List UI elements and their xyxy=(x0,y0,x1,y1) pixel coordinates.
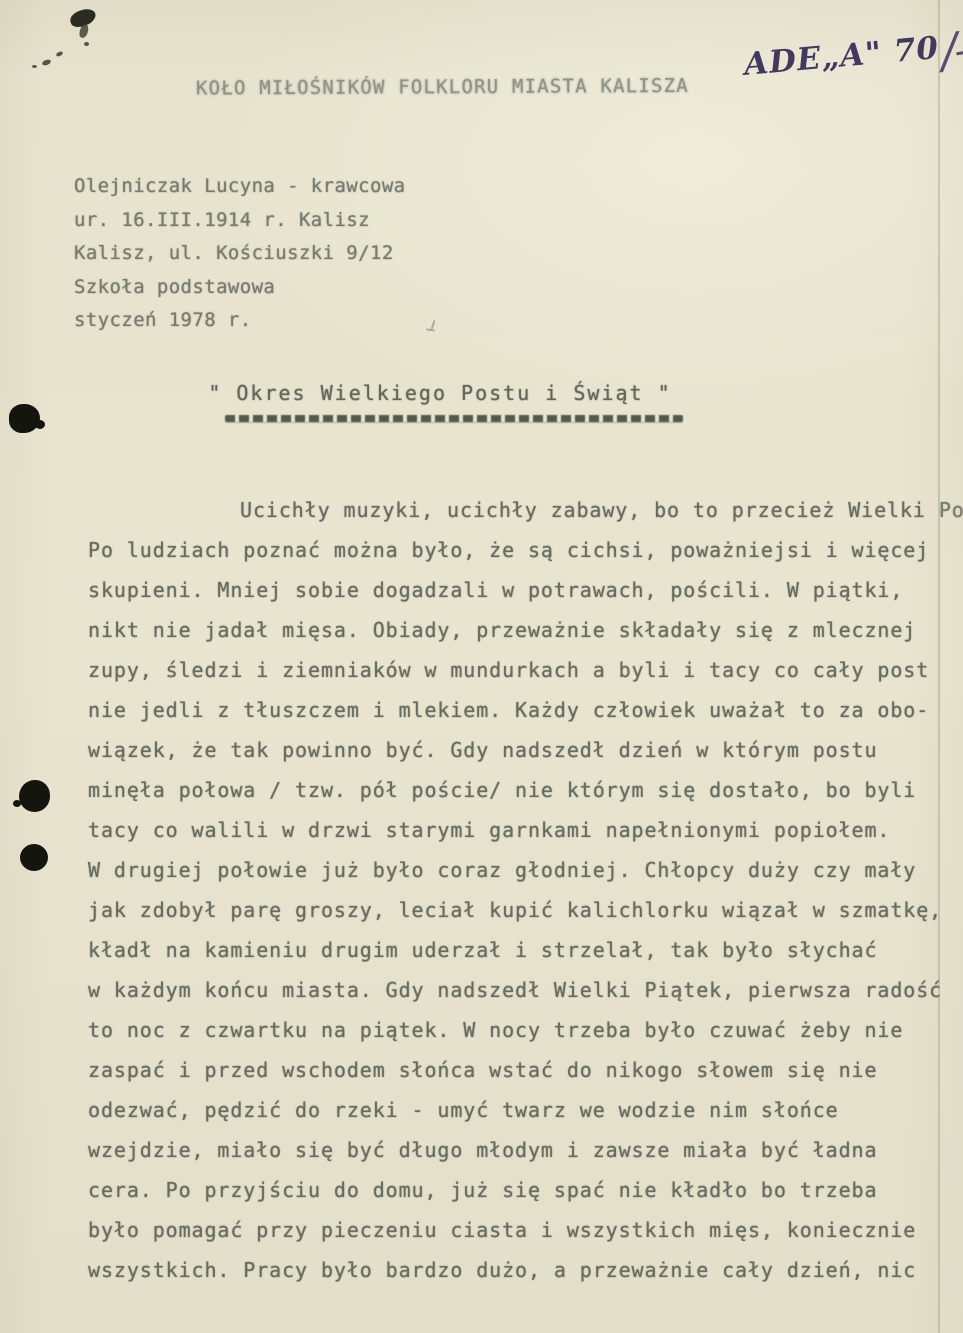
ink-smudge xyxy=(66,8,102,38)
body-line: skupieni. Mniej sobie dogadzali w potraw… xyxy=(88,570,944,610)
author-line: Olejniczak Lucyna - krawcowa xyxy=(74,170,406,204)
archive-annotation: ADE„A" 70/II xyxy=(742,19,963,97)
body-line: minęła połowa / tzw. pół poście/ nie któ… xyxy=(88,770,944,810)
stray-pen-mark xyxy=(426,320,439,333)
body-line: wiązek, że tak powinno być. Gdy nadszedł… xyxy=(88,730,944,770)
body-text: Ucichły muzyki, ucichły zabawy, bo to pr… xyxy=(88,490,944,1290)
ink-speck xyxy=(84,42,89,46)
archive-code: ADE„A" 70 xyxy=(743,30,941,83)
body-line: w każdym końcu miasta. Gdy nadszedł Wiel… xyxy=(88,970,944,1010)
body-line: odezwać, pędzić do rzeki - umyć twarz we… xyxy=(88,1090,944,1130)
ink-speck xyxy=(55,51,63,58)
document-title: " Okres Wielkiego Postu i Świąt " xyxy=(160,381,720,405)
ink-speck xyxy=(32,65,37,68)
title-underline xyxy=(225,415,683,422)
hole-punch-dot-bottom xyxy=(20,844,48,871)
body-line: wszystkich. Pracy było bardzo dużo, a pr… xyxy=(88,1250,944,1290)
body-line: kładł na kamieniu drugim uderzał i strze… xyxy=(88,930,944,970)
body-line: Po ludziach poznać można było, że są cic… xyxy=(88,530,944,570)
body-line: zupy, śledzi i ziemniaków w mundurkach a… xyxy=(88,650,944,690)
author-block: Olejniczak Lucyna - krawcowaur. 16.III.1… xyxy=(74,170,406,338)
page-edge xyxy=(940,0,963,1333)
body-line: to noc z czwartku na piątek. W nocy trze… xyxy=(88,1010,944,1050)
body-line: Ucichły muzyki, ucichły zabawy, bo to pr… xyxy=(88,490,944,530)
body-line: tacy co walili w drzwi starymi garnkami … xyxy=(88,810,944,850)
author-line: Kalisz, ul. Kościuszki 9/12 xyxy=(74,237,406,271)
scanned-document-page: ADE„A" 70/II KOŁO MIŁOŚNIKÓW FOLKLORU MI… xyxy=(0,0,963,1333)
body-line: zaspać i przed wschodem słońca wstać do … xyxy=(88,1050,944,1090)
body-line: nie jedli z tłuszczem i mlekiem. Każdy c… xyxy=(88,690,944,730)
hole-punch-dot-top xyxy=(9,404,40,433)
body-line: nikt nie jadał mięsa. Obiady, przeważnie… xyxy=(88,610,944,650)
author-line: styczeń 1978 r. xyxy=(74,304,406,338)
body-line: W drugiej połowie już było coraz głodnie… xyxy=(88,850,944,890)
author-line: Szkoła podstawowa xyxy=(74,271,406,305)
author-line: ur. 16.III.1914 r. Kalisz xyxy=(74,204,406,238)
hole-punch-dot-middle xyxy=(19,780,50,812)
ink-speck xyxy=(41,59,51,67)
body-line: jak zdobył parę groszy, leciał kupić kal… xyxy=(88,890,944,930)
body-line: wzejdzie, miało się być długo młodym i z… xyxy=(88,1130,944,1170)
body-line: było pomagać przy pieczeniu ciasta i wsz… xyxy=(88,1210,944,1250)
organization-header: KOŁO MIŁOŚNIKÓW FOLKLORU MIASTA KALISZA xyxy=(196,75,756,100)
body-line: cera. Po przyjściu do domu, już się spać… xyxy=(88,1170,944,1210)
